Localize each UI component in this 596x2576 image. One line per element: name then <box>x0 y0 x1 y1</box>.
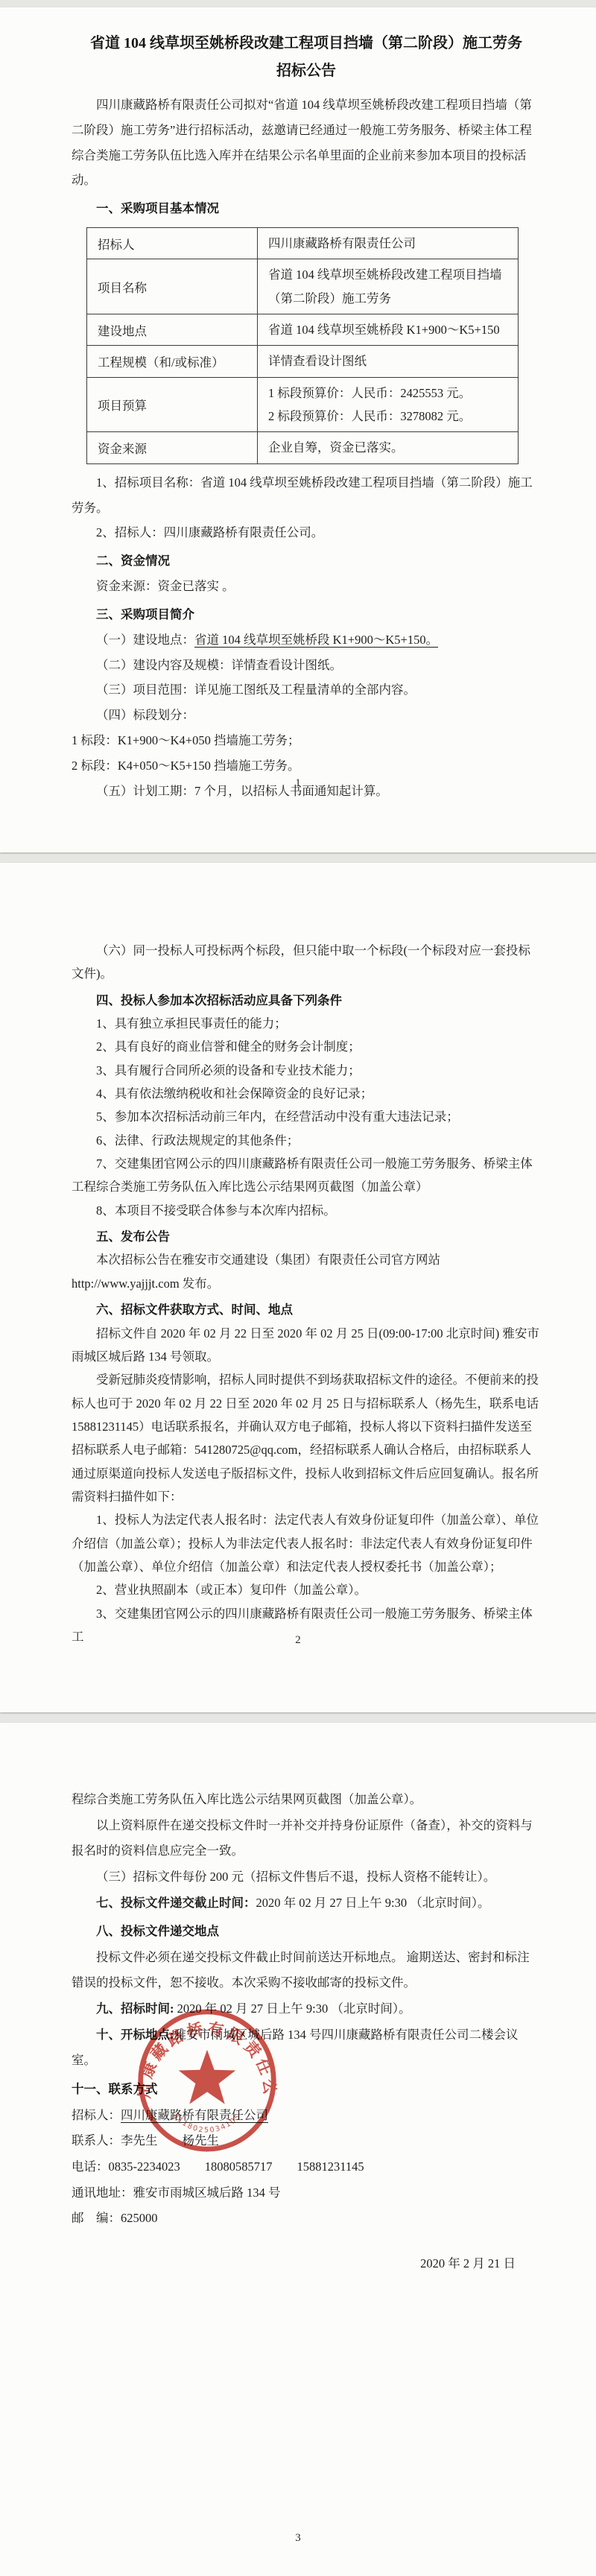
value-line: 1 标段预算价：人民币：2425553 元。 <box>268 382 507 405</box>
project-scope-line: （三）项目范围：详见施工图纸及工程量清单的全部内容。 <box>72 677 541 703</box>
text-run: 五、发布公告 <box>96 1230 170 1244</box>
intro-paragraph: 四川康藏路桥有限责任公司拟对“省道 104 线草坝至姚桥段改建工程项目挡墙（第二… <box>72 92 541 193</box>
announcement-site-line: 本次招标公告在雅安市交通建设（集团）有限责任公司官方网站 http://www.… <box>72 1248 541 1295</box>
table-row: 项目名称省道 104 线草坝至姚桥段改建工程项目挡墙（第二阶段）施工劳务 <box>87 259 519 314</box>
text-run: 以上资料原件在递交投标文件时一并补交并持身份证原件（备查），补交的资料与报名时的… <box>72 1818 533 1858</box>
text-run: 三、采购项目简介 <box>96 607 194 621</box>
seal-star-icon <box>179 2050 236 2104</box>
text-run: 电话：0835-2234023 18080585717 15881231145 <box>72 2159 364 2174</box>
original-materials-paragraph: 以上资料原件在递交投标文件时一并补交并持身份证原件（备查），补交的资料与报名时的… <box>72 1813 541 1864</box>
material-3-continued: 程综合类施工劳务队伍入库比选公示结果网页截图（加盖公章）。 <box>72 1787 541 1813</box>
text-run: 1 标段：K1+900～K4+050 挡墙施工劳务； <box>72 733 299 747</box>
section-5-heading: 五、发布公告 <box>72 1225 541 1248</box>
row-label: 工程规模（和/或标准） <box>87 346 258 377</box>
text-run: 二、资金情况 <box>96 554 170 568</box>
condition-6: 6、法律、行政法规规定的其他条件； <box>72 1129 541 1152</box>
section-6-heading: 六、招标文件获取方式、时间、地点 <box>72 1298 541 1321</box>
page-2-body: （六）同一投标人可投标两个标段，但只能中取一个标段(一个标段对应一套投标文件)。… <box>0 863 596 1648</box>
section-3-heading: 三、采购项目简介 <box>72 602 541 627</box>
text-run: 7、交建集团官网公示的四川康藏路桥有限责任公司一般施工劳务服务、桥梁主体工程综合… <box>72 1156 533 1194</box>
fund-source-line: 资金来源：资金已落实 。 <box>72 574 541 599</box>
title-line: 省道 104 线草坝至姚桥段改建工程项目挡墙（第二阶段）施工劳务 <box>72 30 541 57</box>
project-info-table: 招标人四川康藏路桥有限责任公司项目名称省道 104 线草坝至姚桥段改建工程项目挡… <box>86 227 519 464</box>
doc-price-line: （三）招标文件每份 200 元（招标文件售后不退，投标人资格不能转让）。 <box>72 1864 541 1890</box>
text-run: 招标人： <box>72 2108 121 2122</box>
text-run: 8、本项目不接受联合体参与本次库内招标。 <box>96 1203 336 1218</box>
text-run: 招标文件自 2020 年 02 月 22 日至 2020 年 02 月 25 日… <box>72 1326 539 1364</box>
page-number: 3 <box>0 2532 596 2545</box>
row-label: 招标人 <box>87 228 258 259</box>
condition-2: 2、具有良好的商业信誉和健全的财务会计制度； <box>72 1035 541 1058</box>
text-run: 通讯地址：雅安市雨城区城后路 134 号 <box>72 2186 281 2200</box>
section-7-deadline-line: 七、投标文件递交截止时间：2020 年 02 月 27 日上午 9:30 （北京… <box>72 1890 541 1917</box>
row-label: 项目预算 <box>87 377 258 432</box>
text-run: 投标文件必须在递交投标文件截止时间前送达开标地点。 逾期送达、密封和标注错误的投… <box>72 1950 530 1990</box>
text-run: （六）同一投标人可投标两个标段，但只能中取一个标段(一个标段对应一套投标文件)。 <box>72 943 530 981</box>
section-division-line: （四）标段划分： <box>72 703 541 728</box>
condition-1: 1、具有独立承担民事责任的能力； <box>72 1012 541 1035</box>
text-run: （三）项目范围：详见施工图纸及工程量清单的全部内容。 <box>96 683 416 697</box>
table-row: 工程规模（和/或标准）详情查看设计图纸 <box>87 346 519 377</box>
text-run: 一、采购项目基本情况 <box>96 201 219 215</box>
table-row: 建设地点省道 104 线草坝至姚桥段 K1+900～K5+150 <box>87 314 519 346</box>
text-run: 程综合类施工劳务队伍入库比选公示结果网页截图（加盖公章）。 <box>72 1792 422 1806</box>
value-line: 省道 104 线草坝至姚桥段 K1+900～K5+150 <box>268 318 507 341</box>
value-line: 详情查看设计图纸 <box>268 349 507 373</box>
value-line: 企业自筹，资金已落实。 <box>268 436 507 459</box>
text-run: 4、具有依法缴纳税收和社会保障资金的良好记录； <box>96 1086 372 1101</box>
text-run: 2020 年 2 月 21 日 <box>420 2256 516 2270</box>
page-3: 程综合类施工劳务队伍入库比选公示结果网页截图（加盖公章）。以上资料原件在递交投标… <box>0 1723 596 2576</box>
text-run: 四、投标人参加本次招标活动应具备下列条件 <box>96 993 342 1007</box>
epidemic-paragraph: 受新冠肺炎疫情影响，招标人同时提供不到场获取招标文件的途径。不便前来的投标人也可… <box>72 1368 541 1508</box>
text-run: 2、具有良好的商业信誉和健全的财务会计制度； <box>96 1039 361 1054</box>
text-run: （一）建设地点： <box>96 633 194 647</box>
seal-code-text: 5118025034105 <box>171 2112 243 2134</box>
row-value: 详情查看设计图纸 <box>258 346 519 377</box>
condition-8: 8、本项目不接受联合体参与本次库内招标。 <box>72 1199 541 1222</box>
postcode-line: 邮 编：625000 <box>72 2206 541 2232</box>
build-location-line: （一）建设地点：省道 104 线草坝至姚桥段 K1+900～K5+150。 <box>72 627 541 653</box>
table-row: 资金来源企业自筹，资金已落实。 <box>87 432 519 463</box>
text-run: 邮 编：625000 <box>72 2211 158 2225</box>
row-label: 项目名称 <box>87 259 258 314</box>
contact-address-line: 通讯地址：雅安市雨城区城后路 134 号 <box>72 2180 541 2206</box>
section-2-heading: 二、资金情况 <box>72 548 541 574</box>
page-2: （六）同一投标人可投标两个标段，但只能中取一个标段(一个标段对应一套投标文件)。… <box>0 863 596 1712</box>
contact-phone-line: 电话：0835-2234023 18080585717 15881231145 <box>72 2154 541 2180</box>
announcement-date: 2020 年 2 月 21 日 <box>72 2251 541 2277</box>
build-scale-line: （二）建设内容及规模：详情查看设计图纸。 <box>72 653 541 678</box>
lot-1-line: 1 标段：K1+900～K4+050 挡墙施工劳务； <box>72 728 541 753</box>
section-8-heading: 八、投标文件递交地点 <box>72 1919 541 1945</box>
text-run: 2020 年 02 月 27 日上午 9:30 （北京时间）。 <box>256 1896 490 1910</box>
page-1-body: 省道 104 线草坝至姚桥段改建工程项目挡墙（第二阶段）施工劳务招标公告四川康藏… <box>0 7 596 803</box>
text-run: 1、投标人为法定代表人报名时：法定代表人有效身份证复印件（加盖公章）、单位介绍信… <box>72 1513 539 1574</box>
text-run: 四川康藏路桥有限责任公司拟对“省道 104 线草坝至姚桥段改建工程项目挡墙（第二… <box>72 98 532 187</box>
item-tenderee: 2、招标人：四川康藏路桥有限责任公司。 <box>72 520 541 545</box>
row-value: 企业自筹，资金已落实。 <box>258 432 519 463</box>
text-run: 3、具有履行合同所必须的设备和专业技术能力； <box>96 1063 361 1077</box>
text-run: 八、投标文件递交地点 <box>96 1924 219 1938</box>
text-run: 六、招标文件获取方式、时间、地点 <box>96 1303 293 1317</box>
item-6-line: （六）同一投标人可投标两个标段，但只能中取一个标段(一个标段对应一套投标文件)。 <box>72 939 541 986</box>
table-row: 项目预算1 标段预算价：人民币：2425553 元。2 标段预算价：人民币：32… <box>87 377 519 432</box>
condition-5: 5、参加本次招标活动前三年内，在经营活动中没有重大违法记录； <box>72 1105 541 1128</box>
company-seal: 四川康藏路桥有限责任公司 5118025034105 <box>136 2006 279 2155</box>
text-run: 5、参加本次招标活动前三年内，在经营活动中没有重大违法记录； <box>96 1110 459 1124</box>
delivery-paragraph: 投标文件必须在递交投标文件截止时间前送达开标地点。 逾期送达、密封和标注错误的投… <box>72 1945 541 1996</box>
page-number: 2 <box>0 1634 596 1647</box>
text-run: 1、具有独立承担民事责任的能力； <box>96 1016 287 1031</box>
text-run: 受新冠肺炎疫情影响，招标人同时提供不到场获取招标文件的途径。不便前来的投标人也可… <box>72 1373 539 1504</box>
page-number: 1 <box>0 777 596 790</box>
material-2: 2、营业执照副本（或正本）复印件（加盖公章）。 <box>72 1578 541 1601</box>
table-row: 招标人四川康藏路桥有限责任公司 <box>87 228 519 259</box>
page-3-body: 程综合类施工劳务队伍入库比选公示结果网页截图（加盖公章）。以上资料原件在递交投标… <box>0 1723 596 2277</box>
row-label: 建设地点 <box>87 314 258 346</box>
value-line: 2 标段预算价：人民币：3278082 元。 <box>268 405 507 428</box>
value-line: 省道 104 线草坝至姚桥段改建工程项目挡墙（第二阶段）施工劳务 <box>268 263 507 310</box>
condition-3: 3、具有履行合同所必须的设备和专业技术能力； <box>72 1059 541 1082</box>
text-run: 本次招标公告在雅安市交通建设（集团）有限责任公司官方网站 http://www.… <box>72 1253 440 1290</box>
text-run: （二）建设内容及规模：详情查看设计图纸。 <box>96 658 342 672</box>
page-1: 省道 104 线草坝至姚桥段改建工程项目挡墙（第二阶段）施工劳务招标公告四川康藏… <box>0 7 596 852</box>
row-label: 资金来源 <box>87 432 258 463</box>
material-1: 1、投标人为法定代表人报名时：法定代表人有效身份证复印件（加盖公章）、单位介绍信… <box>72 1508 541 1578</box>
text-run: 资金来源：资金已落实 。 <box>96 579 235 593</box>
text-run: 2、招标人：四川康藏路桥有限责任公司。 <box>96 525 323 539</box>
text-run: 2、营业执照副本（或正本）复印件（加盖公章）。 <box>96 1583 367 1597</box>
title-line: 招标公告 <box>72 57 541 85</box>
section-1-heading: 一、采购项目基本情况 <box>72 196 541 221</box>
text-run: 2 标段：K4+050～K5+150 挡墙施工劳务。 <box>72 759 299 773</box>
condition-7: 7、交建集团官网公示的四川康藏路桥有限责任公司一般施工劳务服务、桥梁主体工程综合… <box>72 1152 541 1199</box>
text-run: 七、投标文件递交截止时间： <box>96 1896 256 1910</box>
item-project-name: 1、招标项目名称：省道 104 线草坝至姚桥段改建工程项目挡墙（第二阶段）施工劳… <box>72 470 541 521</box>
text-run: 省道 104 线草坝至姚桥段 K1+900～K5+150。 <box>194 633 438 647</box>
row-value: 1 标段预算价：人民币：2425553 元。2 标段预算价：人民币：327808… <box>258 377 519 432</box>
row-value: 四川康藏路桥有限责任公司 <box>258 228 519 259</box>
value-line: 四川康藏路桥有限责任公司 <box>268 232 507 255</box>
row-value: 省道 104 线草坝至姚桥段 K1+900～K5+150 <box>258 314 519 346</box>
doc-obtain-line: 招标文件自 2020 年 02 月 22 日至 2020 年 02 月 25 日… <box>72 1322 541 1369</box>
section-4-heading: 四、投标人参加本次招标活动应具备下列条件 <box>72 989 541 1012</box>
lot-2-line: 2 标段：K4+050～K5+150 挡墙施工劳务。 <box>72 753 541 779</box>
text-run: 1、招标项目名称：省道 104 线草坝至姚桥段改建工程项目挡墙（第二阶段）施工劳… <box>72 475 533 515</box>
text-run: （四）标段划分： <box>96 708 194 722</box>
condition-4: 4、具有依法缴纳税收和社会保障资金的良好记录； <box>72 1082 541 1105</box>
text-run: （三）招标文件每份 200 元（招标文件售后不退，投标人资格不能转让）。 <box>96 1870 495 1884</box>
row-value: 省道 104 线草坝至姚桥段改建工程项目挡墙（第二阶段）施工劳务 <box>258 259 519 314</box>
document-scan: 省道 104 线草坝至姚桥段改建工程项目挡墙（第二阶段）施工劳务招标公告四川康藏… <box>0 7 596 2576</box>
document-title: 省道 104 线草坝至姚桥段改建工程项目挡墙（第二阶段）施工劳务招标公告 <box>72 30 541 85</box>
text-run: 6、法律、行政法规规定的其他条件； <box>96 1133 299 1148</box>
